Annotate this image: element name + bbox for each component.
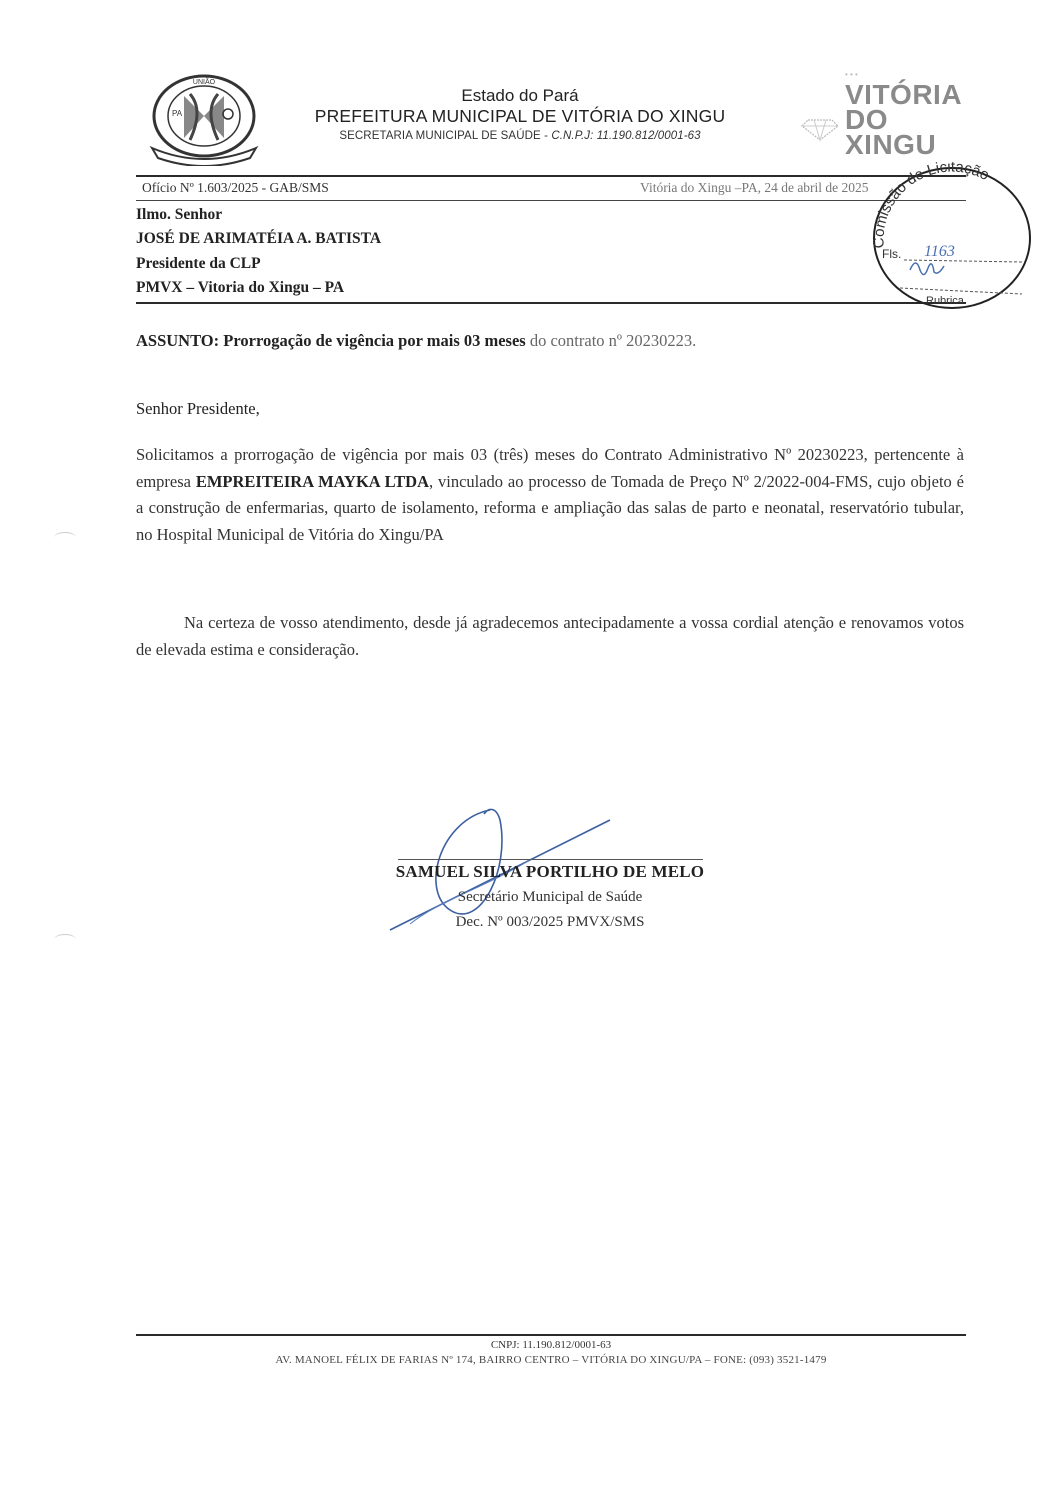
- punch-mark: [54, 934, 76, 945]
- greeting: Senhor Presidente,: [136, 399, 260, 419]
- oficio-number: Ofício Nº 1.603/2025 - GAB/SMS: [142, 180, 329, 196]
- brand-line2: DO XINGU: [845, 107, 975, 157]
- signer-decree: Dec. Nº 003/2025 PMVX/SMS: [300, 914, 800, 931]
- svg-text:UNIÃO: UNIÃO: [193, 77, 216, 86]
- brand-caption: • • •: [845, 70, 858, 79]
- municipal-crest-logo: PA UNIÃO: [146, 70, 262, 166]
- svg-text:Fls.: Fls.: [882, 247, 901, 261]
- recipient-title: Ilmo. Senhor: [136, 206, 222, 224]
- prefecture-title: PREFEITURA MUNICIPAL DE VITÓRIA DO XINGU: [280, 106, 760, 127]
- footer-cnpj: CNPJ: 11.190.812/0001-63: [136, 1339, 966, 1351]
- svg-text:Rubrica: Rubrica: [926, 295, 965, 307]
- state-name: Estado do Pará: [300, 86, 740, 106]
- recipient-divider: [136, 302, 966, 304]
- request-paragraph: Solicitamos a prorrogação de vigência po…: [136, 442, 964, 548]
- diamond-icon: [800, 116, 840, 142]
- footer-address: AV. MANOEL FÉLIX DE FARIAS Nº 174, BAIRR…: [136, 1354, 966, 1366]
- brand-logo-text: VITÓRIA DO XINGU: [845, 82, 975, 157]
- place-and-date: Vitória do Xingu –PA, 24 de abril de 202…: [640, 180, 869, 196]
- header-divider: [136, 175, 966, 177]
- company-name: EMPREITEIRA MAYKA LTDA: [196, 472, 429, 491]
- recipient-role: Presidente da CLP: [136, 255, 261, 273]
- closing-paragraph: Na certeza de vosso atendimento, desde j…: [136, 610, 964, 663]
- recipient-name: JOSÉ DE ARIMATÉIA A. BATISTA: [136, 230, 381, 248]
- commission-stamp: Comissão de Licitação Fls. 1163 Rubrica: [862, 162, 1042, 312]
- secretariat-name: SECRETARIA MUNICIPAL DE SAÚDE -: [339, 130, 551, 142]
- subject-contract: do contrato nº 20230223.: [526, 331, 697, 350]
- secretariat-cnpj: C.N.P.J: 11.190.812/0001-63: [551, 130, 700, 142]
- signer-name: SAMUEL SILVA PORTILHO DE MELO: [300, 862, 800, 882]
- svg-text:PA: PA: [172, 109, 183, 118]
- signature-line: [398, 859, 703, 860]
- subject-line: ASSUNTO: Prorrogação de vigência por mai…: [136, 331, 696, 351]
- secretariat-line: SECRETARIA MUNICIPAL DE SAÚDE - C.N.P.J:…: [280, 130, 760, 142]
- punch-mark: [54, 532, 76, 543]
- svg-text:Comissão de Licitação: Comissão de Licitação: [870, 162, 992, 249]
- signer-role: Secretário Municipal de Saúde: [300, 889, 800, 906]
- recipient-location: PMVX – Vitoria do Xingu – PA: [136, 279, 344, 297]
- footer-divider: [136, 1334, 966, 1336]
- subject-text: Prorrogação de vigência por mais 03 mese…: [219, 331, 526, 350]
- reference-divider: [136, 200, 966, 201]
- subject-label: ASSUNTO:: [136, 331, 219, 350]
- svg-text:1163: 1163: [924, 243, 955, 260]
